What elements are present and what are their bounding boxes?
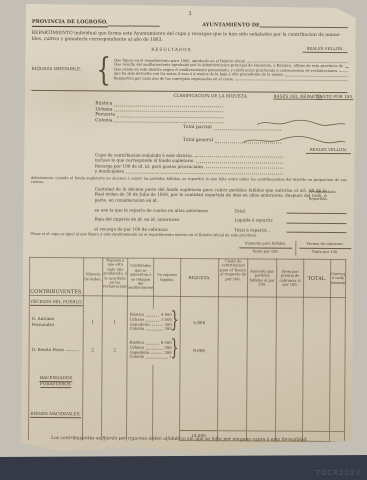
col-header-cuota: Cuota de contribucion para el Tesoro al … xyxy=(218,259,247,297)
col-header-fallidas: Aumento por partidas fallidas al por 100… xyxy=(247,259,276,297)
resultados-label: RESULTADOS. xyxy=(151,46,194,52)
brace-icon: } xyxy=(170,337,179,359)
handwritten-entry xyxy=(255,115,347,130)
cupo-line: y municipales xyxy=(95,169,124,175)
total-parcial-label: Total parcial xyxy=(183,125,212,131)
table-row: D. Benito Perez 2 2 Rústica8.500 Urbana3… xyxy=(29,335,345,365)
col-header-contribuyentes: CONTRIBUYENTES. xyxy=(29,257,83,295)
tanto-label: TANTO POR 100. xyxy=(316,94,353,101)
row-total: 9.000 xyxy=(180,336,218,364)
riqueza-line: Respectiva por cada uno de los conceptos… xyxy=(114,76,234,81)
section-bienes: BIENES NACIONALES. xyxy=(30,411,80,418)
bases-reparto-label: BASES DEL REPARTO. xyxy=(273,94,322,101)
blank-rule xyxy=(108,24,160,26)
col-header-cantidades: Cantidades que se aumentan ó se rebajan … xyxy=(127,258,153,296)
col-header-trimestre: Corresponde á cada trimestre. xyxy=(330,259,345,297)
row-num1: 1 xyxy=(83,308,102,336)
row-num2: 2 xyxy=(102,336,127,364)
contributor-name: D. Benito Perez xyxy=(32,347,65,353)
page-number: 3 xyxy=(24,10,356,18)
section-forasteros: HACENDADOS FORASTEROS. xyxy=(40,375,73,388)
brace-icon: { xyxy=(96,54,110,84)
col-header-cobranza: Idem por premio de cobranza al por 100. xyxy=(276,259,303,297)
contributors-table: CONTRIBUYENTES. Número de órden. Riqueza… xyxy=(28,257,346,442)
note-cupo-general: Véase si el cupo es igual al que figura … xyxy=(30,232,346,239)
suma-line: se une la que le reparta de cuotas en al… xyxy=(95,207,235,213)
clasificacion-title: CLASIFICACION DE LA RIQUEZA. xyxy=(173,93,248,99)
row-num1: 2 xyxy=(83,336,102,364)
box-caption: Aumento para fallidos. xyxy=(237,241,294,246)
handwritten-entry xyxy=(241,131,347,148)
col-header-total: TOTAL. xyxy=(303,259,330,297)
row-num2: 1 xyxy=(102,308,127,336)
note-advertencia: Advertencia: cuando el fondo supletorio … xyxy=(31,176,347,187)
col-header-riqueza-amillarada: Riqueza á que está cada uno amillarado, … xyxy=(102,258,127,296)
fondo-paragraph: Cantidad de la décima parte del fondo su… xyxy=(95,186,327,204)
presupuestado-label: Presupuestado. xyxy=(309,190,355,195)
watermark: TOCR2023 xyxy=(316,469,361,477)
footer-note: Los contribuyentes se fijarán por riguro… xyxy=(51,436,321,443)
total-general-label: Total general xyxy=(183,138,213,144)
scan-background: 3 PROVINCIA DE LOGROÑO. AYUNTAMIENTO DE … xyxy=(0,0,367,480)
repartido-label: Repartido. xyxy=(309,197,355,202)
reales-vellon-label: REALES VELLON. xyxy=(302,46,347,53)
suma-line: Baja del importe de id. en id. anteriore… xyxy=(94,217,234,223)
document-page: 3 PROVINCIA DE LOGROÑO. AYUNTAMIENTO DE … xyxy=(21,4,356,456)
col-header-su-riqueza: Su riqueza líquida. xyxy=(153,258,180,296)
suma-label: Total á repartir... xyxy=(234,227,286,233)
suma-label: Total. xyxy=(235,208,287,214)
suma-label: Líquido á repartir. xyxy=(234,218,286,224)
municipality-title: AYUNTAMIENTO DE xyxy=(202,22,260,28)
section-vecinos: VECINOS DEL PUEBLO. xyxy=(30,299,83,306)
contributor-name: D. Antonio Fernandez xyxy=(32,316,77,327)
blank-rule xyxy=(260,25,348,28)
detail-label: Colonia xyxy=(130,327,145,332)
col-header-riqueza: RIQUEZA. xyxy=(180,258,218,296)
reales-vellon-label: REALES VELLON. xyxy=(306,147,351,154)
detail-label: Colonia xyxy=(130,355,145,360)
table-row: D. Antonio Fernandez 1 1 Rústica4.000 Ur… xyxy=(29,307,345,337)
clasif-item: Colonia xyxy=(95,118,112,124)
row-total: 5.800 xyxy=(180,308,218,336)
box-caption: Premio de cobranza. xyxy=(297,242,354,247)
box-label: Tanto por 100. xyxy=(237,250,294,255)
province-title: PROVINCIA DE LOGROÑO. xyxy=(32,19,108,28)
col-header-numero: Número de órden. xyxy=(83,258,102,296)
riqueza-imponible-label: RIQUEZA IMPONIBLE. xyxy=(32,66,94,72)
brace-icon: } xyxy=(171,309,180,331)
box-label: Tanto por 100. xyxy=(297,250,354,255)
